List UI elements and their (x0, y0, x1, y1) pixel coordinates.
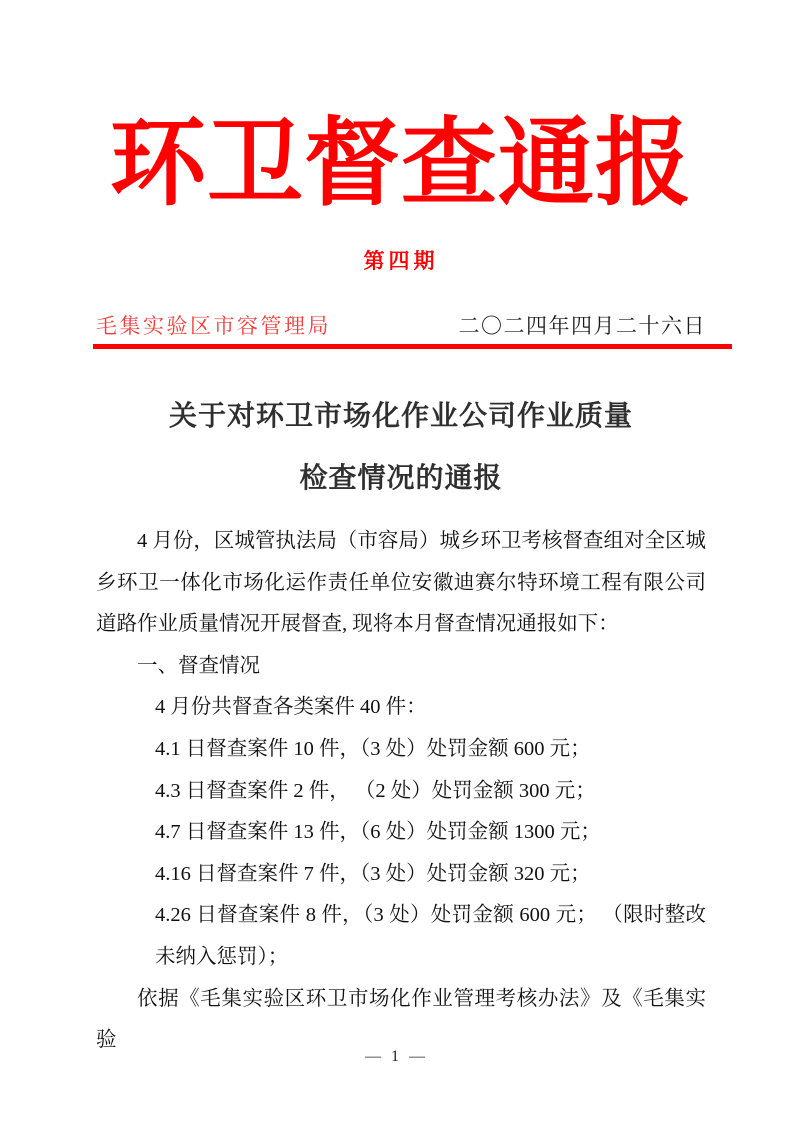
masthead-title: 环卫督查通报 (96, 104, 706, 224)
red-divider-rule (93, 344, 732, 349)
summary-line: 4 月份共督查各类案件 40 件： (96, 687, 706, 729)
intro-paragraph: 4 月份，区城管执法局（市容局）城乡环卫考核督查组对全区城乡环卫一体化市场化运作… (96, 521, 706, 646)
case-item: 4.3 日督查案件 2 件， （2 处）处罚金额 300 元； (96, 771, 706, 813)
agency-name: 毛集实验区市容管理局 (96, 314, 331, 338)
document-title-line1: 关于对环卫市场化作业公司作业质量 (96, 385, 706, 447)
document-title: 关于对环卫市场化作业公司作业质量 检查情况的通报 (96, 385, 706, 509)
issue-label: 第四期 (96, 248, 706, 274)
section-heading: 一、督查情况 (96, 646, 706, 688)
page-number: — 1 — (0, 1048, 793, 1066)
document-title-line2: 检查情况的通报 (96, 447, 706, 509)
document-body: 4 月份，区城管执法局（市容局）城乡环卫考核督查组对全区城乡环卫一体化市场化运作… (96, 521, 706, 1062)
document-page: 环卫督查通报 第四期 毛集实验区市容管理局 二〇二四年四月二十六日 关于对环卫市… (0, 0, 793, 1122)
issue-date: 二〇二四年四月二十六日 (459, 314, 707, 338)
case-item: 4.1 日督查案件 10 件，（3 处）处罚金额 600 元； (96, 729, 706, 771)
case-item: 4.7 日督查案件 13 件，（6 处）处罚金额 1300 元； (96, 812, 706, 854)
case-item: 4.26 日督查案件 8 件，（3 处）处罚金额 600 元； （限时整改未纳入… (96, 895, 706, 978)
byline-row: 毛集实验区市容管理局 二〇二四年四月二十六日 (96, 314, 706, 338)
case-item: 4.16 日督查案件 7 件，（3 处）处罚金额 320 元； (96, 854, 706, 896)
